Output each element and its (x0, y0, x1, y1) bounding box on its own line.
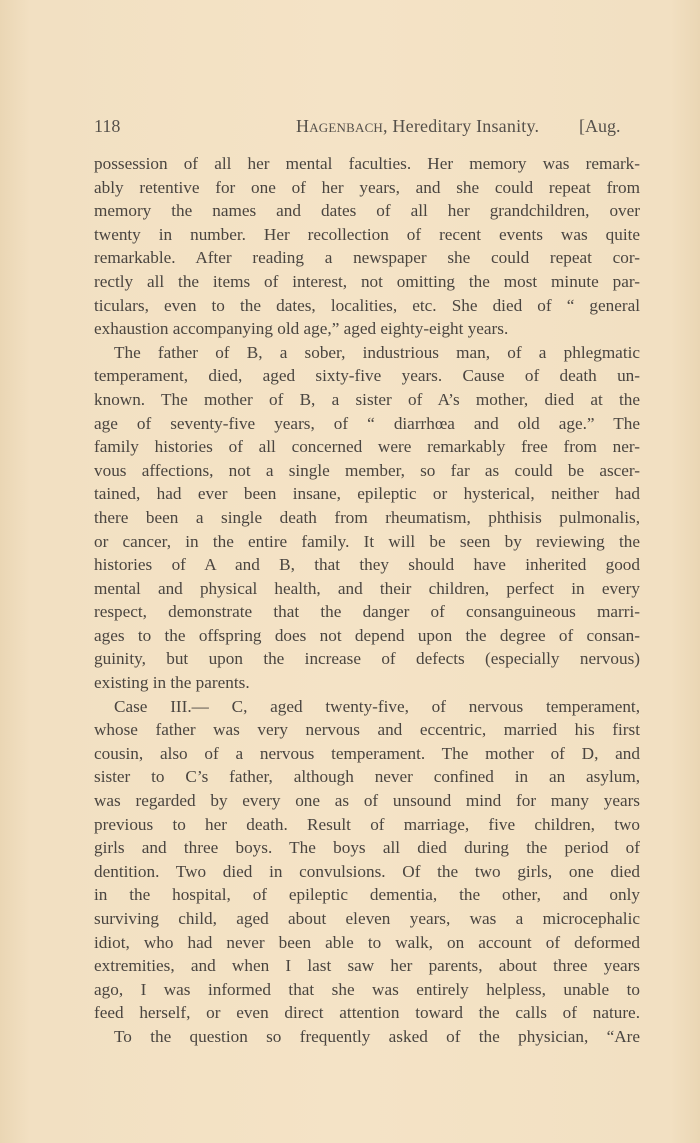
text-line: ago, I was informed that she was entirel… (94, 978, 640, 1002)
text-line: Case III.— C, aged twenty-five, of nervo… (94, 695, 640, 719)
text-line: histories of A and B, that they should h… (94, 553, 640, 577)
text-line: guinity, but upon the increase of defect… (94, 647, 640, 671)
text-line: The father of B, a sober, industrious ma… (94, 341, 640, 365)
text-line: twenty in number. Her recollection of re… (94, 223, 640, 247)
text-line: previous to her death. Result of marriag… (94, 813, 640, 837)
text-line: temperament, died, aged sixty-five years… (94, 364, 640, 388)
text-line: respect, demonstrate that the danger of … (94, 600, 640, 624)
text-line: memory the names and dates of all her gr… (94, 199, 640, 223)
text-line: extremities, and when I last saw her par… (94, 954, 640, 978)
text-line: remarkable. After reading a newspaper sh… (94, 246, 640, 270)
text-line: feed herself, or even direct attention t… (94, 1001, 640, 1025)
author-name: Hagenbach (296, 116, 383, 136)
text-line: ably retentive for one of her years, and… (94, 176, 640, 200)
text-line: sister to C’s father, although never con… (94, 765, 640, 789)
running-title: Hagenbach, Hereditary Insanity. (296, 116, 539, 137)
book-page: 118 Hagenbach, Hereditary Insanity. [Aug… (0, 0, 700, 1143)
text-line: dentition. Two died in convulsions. Of t… (94, 860, 640, 884)
body-text: possession of all her mental faculties. … (94, 152, 640, 1049)
text-line: ages to the offspring does not depend up… (94, 624, 640, 648)
text-line: known. The mother of B, a sister of A’s … (94, 388, 640, 412)
text-line: rectly all the items of interest, not om… (94, 270, 640, 294)
text-line: cousin, also of a nervous temperament. T… (94, 742, 640, 766)
text-line: there been a single death from rheumatis… (94, 506, 640, 530)
paragraph: Case III.— C, aged twenty-five, of nervo… (94, 695, 640, 1025)
text-line: To the question so frequently asked of t… (94, 1025, 640, 1049)
text-line: whose father was very nervous and eccent… (94, 718, 640, 742)
text-line: was regarded by every one as of unsound … (94, 789, 640, 813)
text-line: family histories of all concerned were r… (94, 435, 640, 459)
text-line: girls and three boys. The boys all died … (94, 836, 640, 860)
text-line: surviving child, aged about eleven years… (94, 907, 640, 931)
running-head: 118 Hagenbach, Hereditary Insanity. [Aug… (94, 116, 672, 140)
paragraph: To the question so frequently asked of t… (94, 1025, 640, 1049)
text-line: exhaustion accompanying old age,” aged e… (94, 317, 640, 341)
text-line: in the hospital, of epileptic dementia, … (94, 883, 640, 907)
text-line: tained, had ever been insane, epileptic … (94, 482, 640, 506)
page-number: 118 (94, 116, 120, 137)
text-line: vous affections, not a single member, so… (94, 459, 640, 483)
text-line: or cancer, in the entire family. It will… (94, 530, 640, 554)
paragraph: possession of all her mental faculties. … (94, 152, 640, 341)
paragraph: The father of B, a sober, industrious ma… (94, 341, 640, 695)
text-line: age of seventy-five years, of “ diarrhœa… (94, 412, 640, 436)
text-line: possession of all her mental faculties. … (94, 152, 640, 176)
text-line: ticulars, even to the dates, localities,… (94, 294, 640, 318)
text-line: existing in the parents. (94, 671, 640, 695)
text-line: mental and physical health, and their ch… (94, 577, 640, 601)
article-title: , Hereditary Insanity. (383, 116, 539, 136)
text-line: idiot, who had never been able to walk, … (94, 931, 640, 955)
issue-month: [Aug. (579, 116, 621, 137)
